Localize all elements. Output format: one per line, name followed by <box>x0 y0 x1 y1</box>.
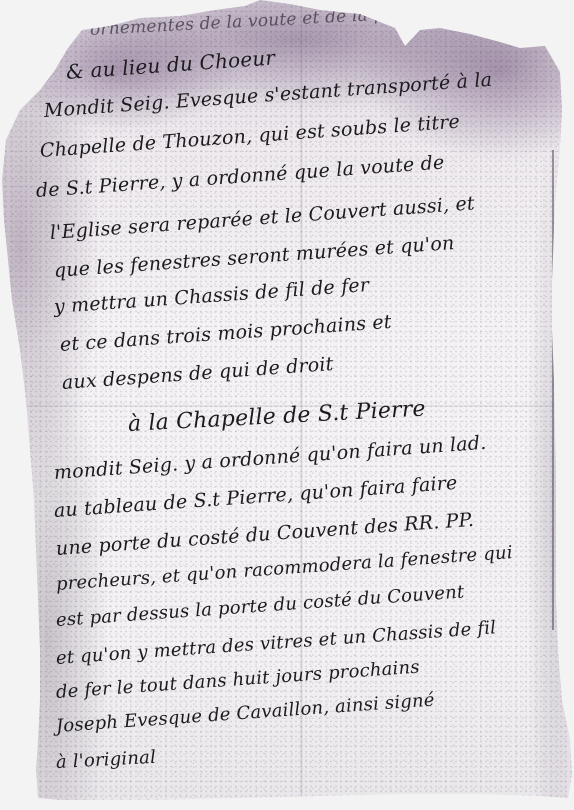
manuscript-page: ornementes de la voute et de la porte & … <box>0 0 574 810</box>
paper-right-edge <box>552 150 554 630</box>
